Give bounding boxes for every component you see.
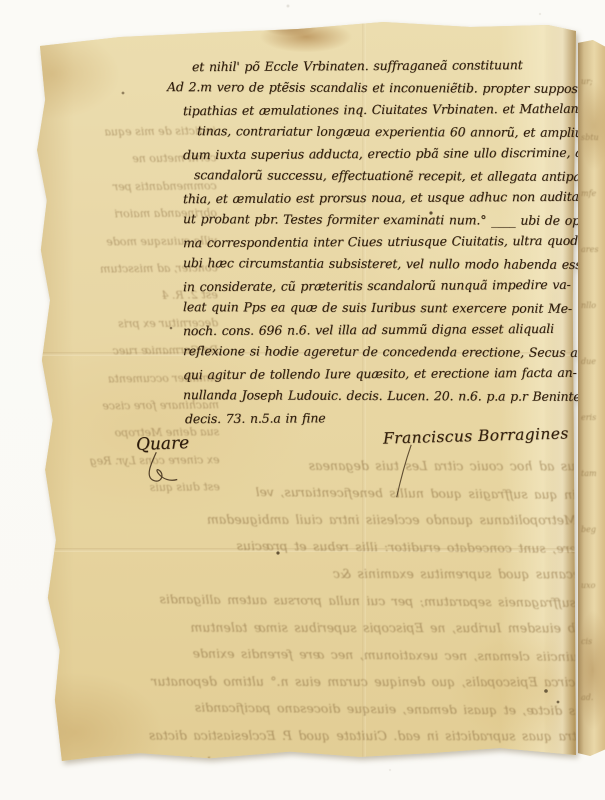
text-line: thia, et æmulatio est prorsus noua, et u…: [183, 186, 577, 210]
strip-fragment: beg: [581, 502, 605, 558]
bleed-line: habere, sunt concedato eruditor: illis r…: [106, 531, 600, 562]
text-line: scandalorũ successu, effectuationẽ recep…: [194, 164, 577, 188]
bleed-line: Prouinciis clemans, nec uexationum, nec …: [106, 639, 600, 670]
text-line: qui agitur de tollendo Iure quæsito, et …: [183, 362, 577, 386]
paper-shadow-wrap: indictis de mis equacerni metuo necommen…: [0, 0, 605, 800]
bleed-line: et ultimis aliis quibusque erant eorunde…: [105, 747, 575, 778]
bleed-line: suffraganeis separatum; per cui nulla pr…: [106, 585, 576, 616]
strip-fragment: ares: [581, 222, 605, 278]
closing-word: Quare: [136, 433, 190, 455]
strip-fragment: tam: [581, 446, 605, 502]
quare-flourish: [142, 449, 189, 491]
strip-fragment: mfe: [581, 166, 605, 222]
scan-background: indictis de mis equacerni metuo necommen…: [0, 0, 605, 800]
text-line: ut probant pbr. Testes formiter examinat…: [183, 208, 577, 232]
second-leaf-edge: ur;sbtumfearesnllodueeristambeguxocisad.: [578, 40, 605, 756]
second-leaf-bleed-text: ur;sbtumfearesnllodueeristambeguxocisad.: [581, 54, 605, 726]
strip-fragment: cis: [581, 614, 605, 670]
text-line: noch. cons. 696 n.6. vel illa ad summũ d…: [183, 318, 577, 342]
bleed-line: Metropolitanus quando ecclesiis intra ci…: [107, 505, 577, 533]
text-line: in considerate, cũ præteritis scandalorũ…: [183, 274, 577, 298]
strip-fragment: ur;: [581, 54, 605, 110]
bleedthrough-lower-block: illius ad hoc couic citra Les tuis degan…: [105, 450, 602, 778]
text-line: ma correspondentia inter Ciues utriusque…: [183, 230, 577, 254]
letter-body: et nihil' põ Eccle Vrbinaten. suffragane…: [183, 55, 577, 429]
bleed-line: illius dictæ, et quasi demane, eiusque d…: [105, 693, 599, 724]
text-line: reflexione si hodie ageretur de conceden…: [183, 340, 577, 364]
text-line: tipathias et æmulationes inq. Ciuitates …: [183, 98, 577, 122]
ink-specks: [36, 22, 38, 24]
strip-fragment: nllo: [581, 278, 605, 334]
text-line: nullanda Joseph Ludouic. decis. Lucen. 2…: [183, 384, 577, 408]
strip-fragment: ad.: [581, 670, 605, 726]
strip-fragment: sbtu: [581, 110, 605, 166]
bleed-line: ultra quas supradictis in ead. Ciuitate …: [105, 722, 589, 750]
bleed-line: Decanus quod supremitus examinis &c: [106, 560, 590, 588]
strip-fragment: uxo: [581, 558, 605, 614]
text-line: Ad 2.m vero de ptẽsis scandalis et incon…: [167, 76, 577, 100]
strip-fragment: eris: [581, 390, 605, 446]
bleed-line: sub eiusdem Iuribus, ne Episcopis superi…: [106, 614, 590, 642]
strip-fragment: due: [581, 334, 605, 390]
text-line: ubi hæc circumstantia subsisteret, vel n…: [183, 252, 577, 276]
text-line: et nihil' põ Eccle Vrbinaten. suffragane…: [192, 54, 577, 78]
signature-flourish: [389, 442, 451, 504]
text-line: leat quin Pps ea quæ de suis Iuribus sun…: [183, 296, 577, 320]
bleed-line: circa Episcopalis, quo denique curam eiu…: [105, 667, 575, 695]
text-line: dum iuxta superius adducta, erectio pbã …: [183, 142, 577, 166]
text-line: tinas, contrariatur longæua experientia …: [197, 120, 577, 144]
